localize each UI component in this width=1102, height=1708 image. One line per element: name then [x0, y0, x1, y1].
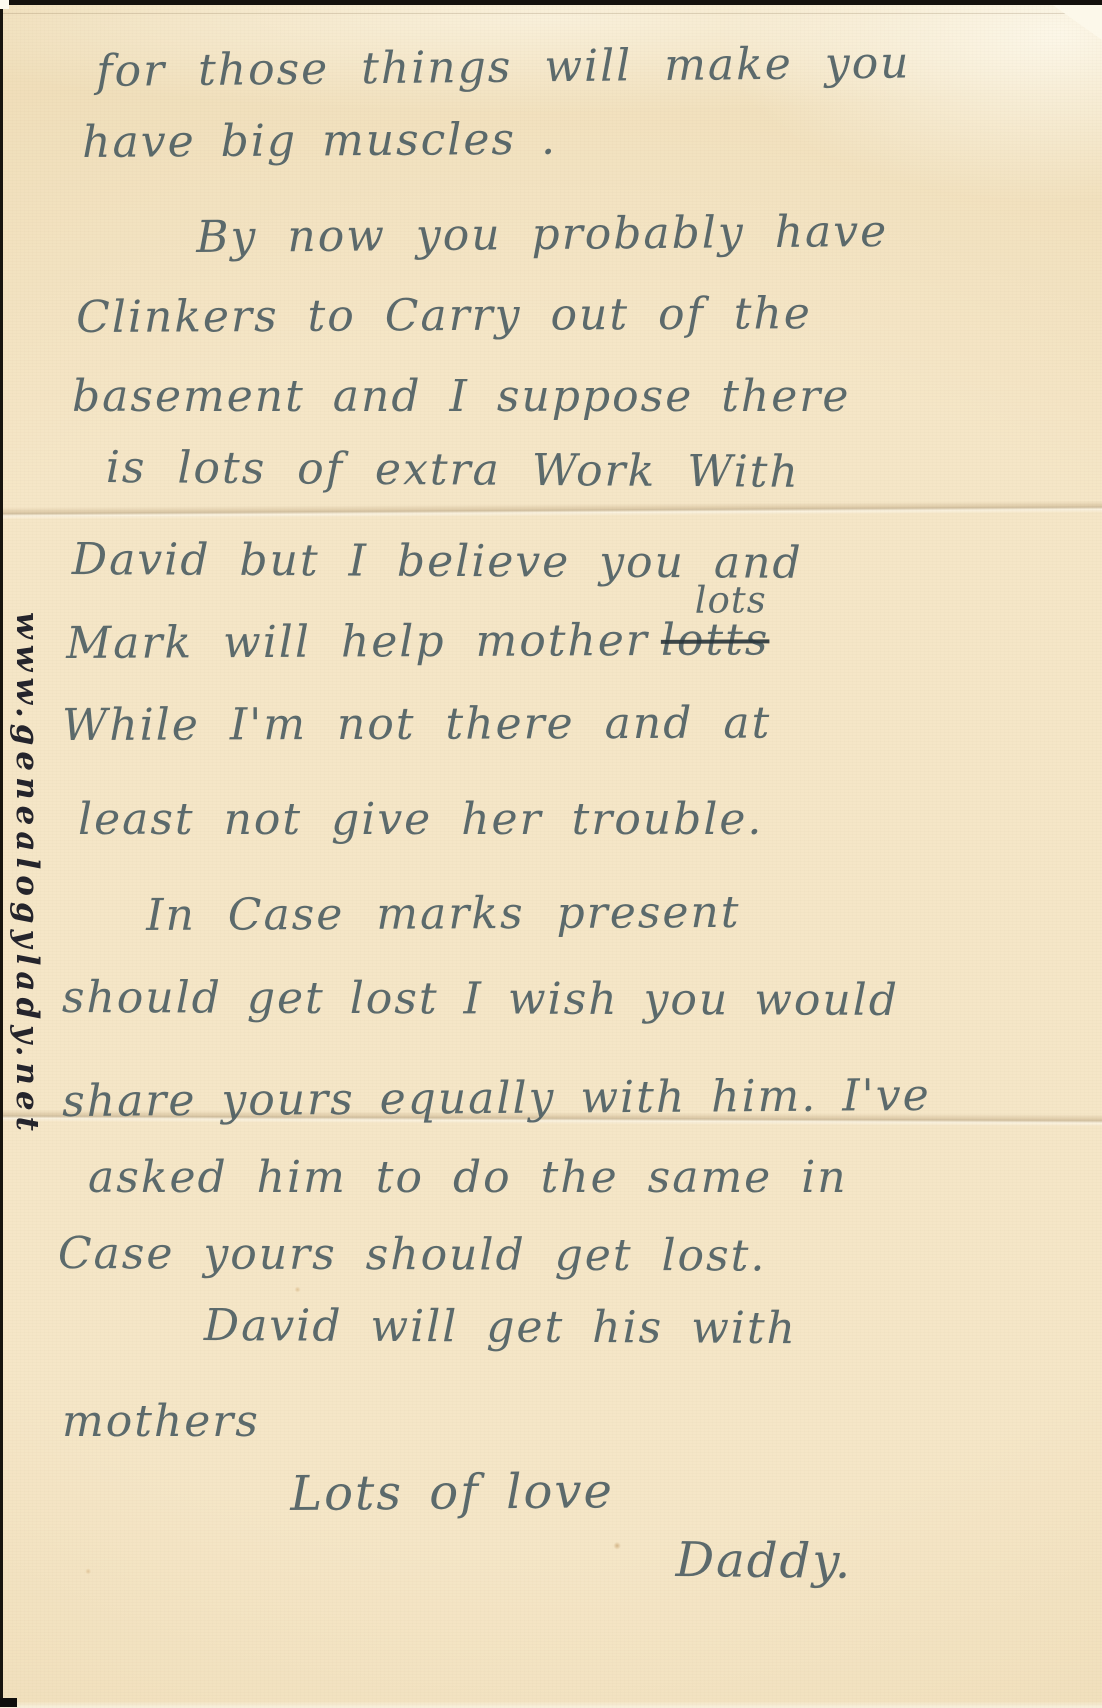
scan-corner-top-right	[1038, 0, 1102, 40]
inserted-word: lots	[695, 578, 767, 621]
handwritten-line: asked him to do the same in	[88, 1152, 848, 1203]
handwritten-line: is lots of extra Work With	[106, 442, 800, 498]
handwritten-line: have big muscles .	[82, 114, 557, 168]
fold-crease-upper	[0, 501, 1102, 520]
closing-line: Lots of love	[290, 1463, 614, 1522]
handwritten-line: for those things will make you	[96, 37, 911, 97]
handwritten-line: should get lost I wish you would	[62, 972, 899, 1026]
scanned-letter-page: www.genealogylady.net for those things w…	[0, 0, 1102, 1708]
handwritten-line-with-correction: Mark will help motherlotslotts	[66, 614, 770, 669]
handwritten-line: mothers	[62, 1396, 260, 1447]
scan-mark-bottom-left	[0, 1698, 17, 1707]
handwritten-line: share yours equally with him. I've	[62, 1070, 931, 1127]
handwritten-line: David will get his with	[204, 1300, 797, 1354]
scan-edge-bottom	[0, 1701, 1102, 1708]
scan-edge-left	[0, 0, 3, 1702]
handwritten-line: While I'm not there and at	[62, 698, 771, 751]
struck-word: lotts	[661, 614, 770, 666]
scan-corner-top-left	[0, 0, 9, 9]
handwritten-line: Clinkers to Carry out of the	[76, 288, 812, 343]
handwritten-line: By now you probably have	[196, 206, 888, 263]
correction-before-text: Mark will help mother	[66, 615, 649, 669]
scan-edge-top	[0, 0, 1102, 5]
watermark: www.genealogylady.net	[9, 612, 45, 1137]
handwritten-line: Case yours should get lost.	[58, 1228, 767, 1281]
handwritten-line: least not give her trouble.	[78, 794, 763, 845]
handwritten-line: David but I believe you and	[72, 534, 803, 589]
handwritten-line: In Case marks present	[146, 887, 741, 941]
signature: Daddy.	[675, 1532, 852, 1590]
paper-top-edge-line	[0, 13, 1102, 14]
handwritten-line: basement and I suppose there	[72, 371, 850, 422]
correction-group: lotslotts	[661, 614, 770, 666]
